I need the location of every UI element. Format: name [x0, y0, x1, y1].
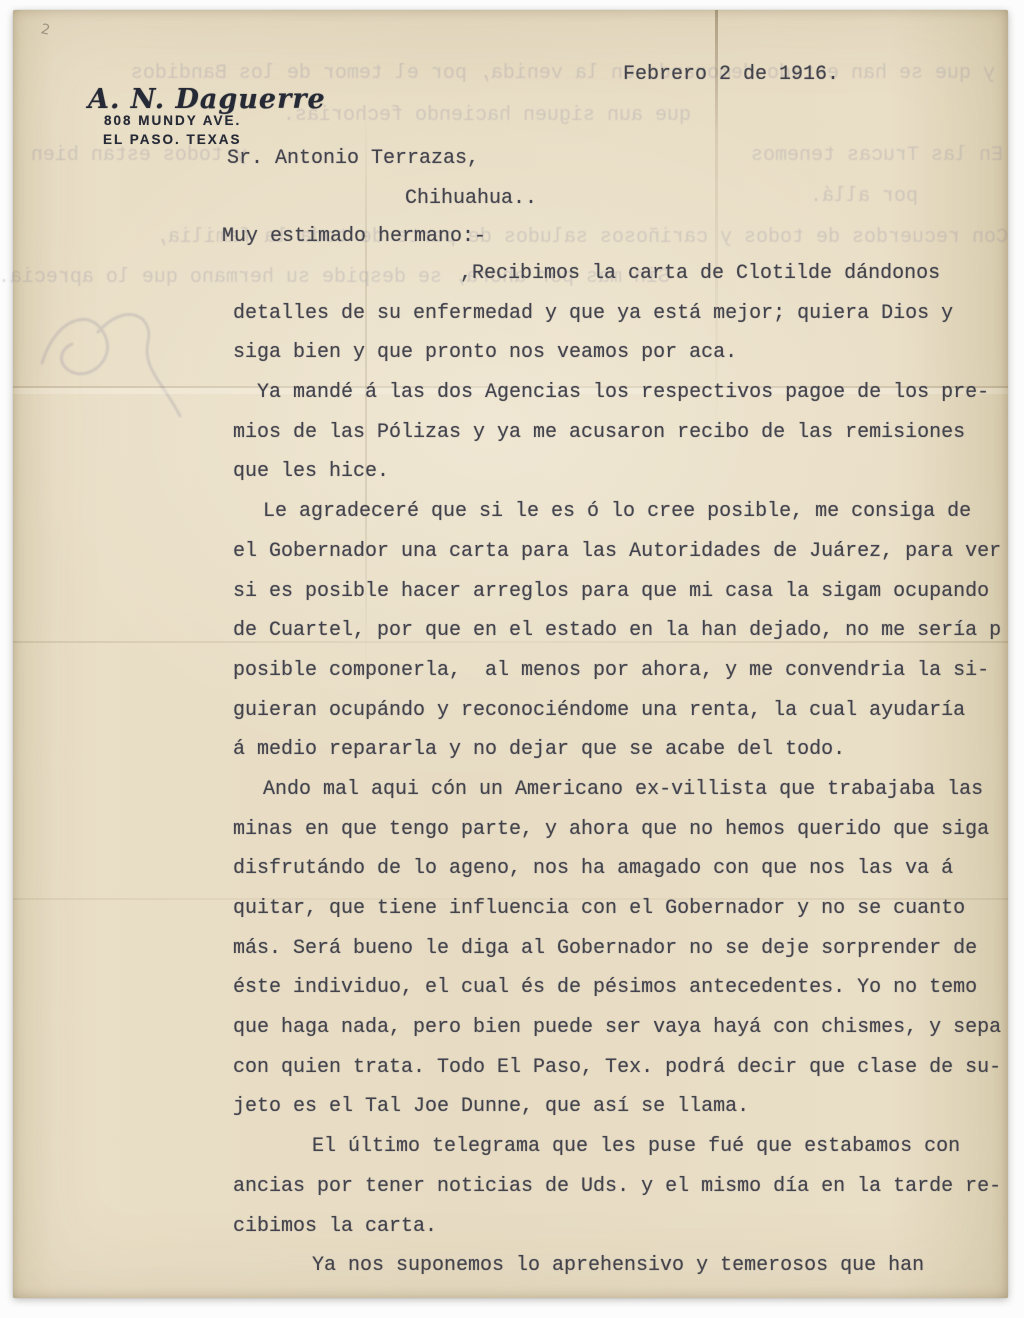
bleedthrough-line: Con recuerdos de todos y cariñosos salud… [22, 226, 1008, 250]
typed-line: Ya mandé á las dos Agencias los respecti… [233, 373, 1013, 413]
typed-line: El último telegrama que les puse fué que… [233, 1127, 1013, 1167]
typed-line: disfrutándo de lo ageno, nos ha amagado … [233, 849, 1013, 889]
pencil-mark: 2 [39, 21, 51, 39]
typed-line: el Gobernador una carta para las Autorid… [233, 532, 1013, 572]
letter-body: ,Recibimos la carta de Clotilde dándonos… [233, 254, 1013, 1286]
typed-line: ,Recibimos la carta de Clotilde dándonos [233, 254, 1013, 294]
typed-line: minas en que tengo parte, y ahora que no… [233, 810, 1013, 850]
typed-line: Le agradeceré que si le es ó lo cree pos… [233, 492, 1013, 532]
bleedthrough-signature-icon [28, 288, 198, 428]
salutation: Muy estimado hermano:- [222, 225, 486, 249]
typed-line: siga bien y que pronto nos veamos por ac… [233, 333, 1013, 373]
typed-line: á medio repararla y no dejar que se acab… [233, 730, 1013, 770]
typed-line: de Cuartel, por que en el estado en la h… [233, 611, 1013, 651]
typed-line: que haga nada, pero bien puede ser vaya … [233, 1008, 1013, 1048]
recipient-place: Chihuahua.. [405, 187, 537, 211]
typed-line: quitar, que tiene influencia con el Gobe… [233, 889, 1013, 929]
typed-line: mios de las Pólizas y ya me acusaron rec… [233, 413, 1013, 453]
letterhead-address-line1: 808 MUNDY AVE. [104, 113, 241, 128]
typed-line: detalles de su enfermedad y que ya está … [233, 294, 1013, 334]
recipient-name: Sr. Antonio Terrazas, [227, 147, 479, 171]
typed-line: si es posible hacer arreglos para que mi… [233, 572, 1013, 612]
letterhead-address-line2: EL PASO. TEXAS [103, 132, 242, 147]
bleedthrough-line: En las Trucas tenemos y todos estan bien [28, 144, 1003, 168]
typed-line: ancias por tener noticias de Uds. y el m… [233, 1167, 1013, 1207]
date-line: Febrero 2 de 1916. [623, 63, 839, 87]
typed-line: jeto es el Tal Joe Dunne, que así se lla… [233, 1087, 1013, 1127]
typed-line: Ando mal aqui cón un Americano ex-villis… [233, 770, 1013, 810]
bleedthrough-line: que aun siguen haciendo fechorias. [335, 104, 691, 128]
typed-line: posible componerla, al menos por ahora, … [233, 651, 1013, 691]
typed-line: Ya nos suponemos lo aprehensivo y temero… [233, 1246, 1013, 1286]
typed-line: con quien trata. Todo El Paso, Tex. podr… [233, 1048, 1013, 1088]
typed-line: más. Será bueno le diga al Gobernador no… [233, 929, 1013, 969]
letter-page: y que se han estado demorando en la veni… [13, 10, 1008, 1298]
bleedthrough-line: y que se han estado demorando en la veni… [75, 62, 995, 86]
typed-line: éste individuo, el cual és de pésimos an… [233, 968, 1013, 1008]
typed-line: que les hice. [233, 452, 1013, 492]
letterhead-name: A. N. Daguerre [88, 84, 326, 115]
typed-line: cibimos la carta. [233, 1207, 1013, 1247]
typed-line: guieran ocupándo y reconociéndome una re… [233, 691, 1013, 731]
